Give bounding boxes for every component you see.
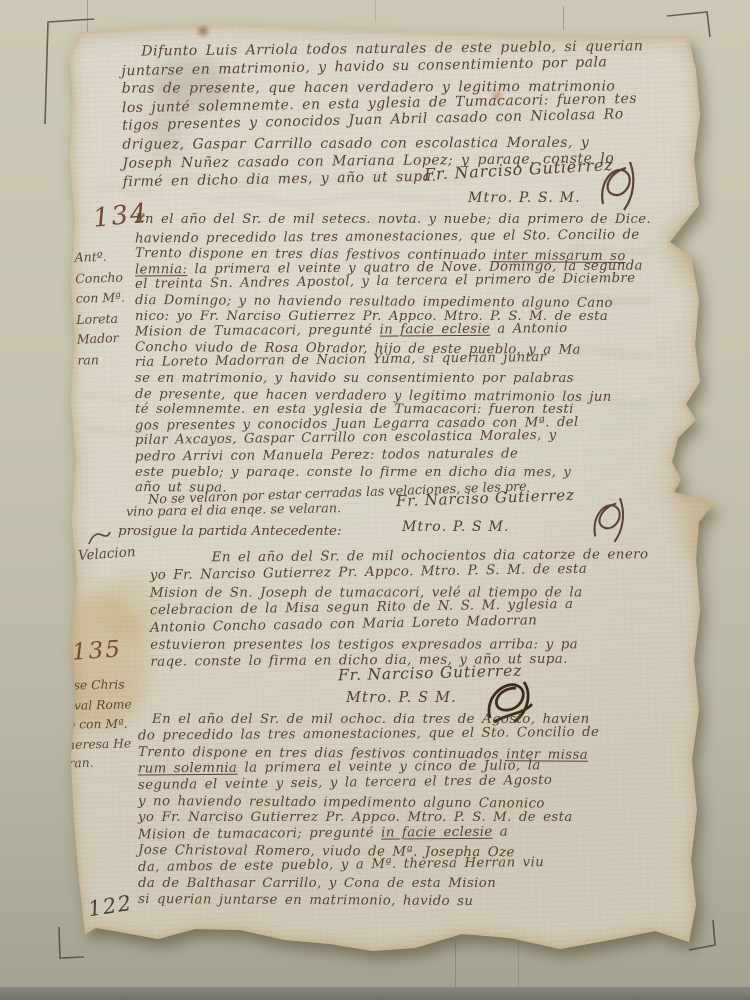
manuscript-line: Mador [76,328,126,350]
manuscript-content: Difunto Luis Arriola todos naturales de … [0,0,750,1000]
velacion-entry-text: En el año del Sr. de mil ochocientos dia… [150,546,650,671]
manuscript-line: con Mª. [76,288,126,309]
manuscript-line: si querian juntarse en matrimonio, havid… [138,892,599,911]
marginal-annotation: prosigue la partida Antecedente: [118,524,341,539]
manuscript-line: Loreta [76,308,126,330]
manuscript-line: haviendo precedido las tres amonestacion… [135,227,651,247]
manuscript-photo: Difunto Luis Arriola todos naturales de … [0,0,750,1000]
manuscript-line: se en matrimonio, y havido su consentimi… [135,371,651,387]
margin-note-velacion: Velacion [78,544,137,564]
manuscript-line: este pueblo; y paraqe. conste lo firme e… [135,465,651,481]
page-number: 122 [86,891,134,922]
margin-note-134: Antº.Conchocon Mª.LoretaMadorran [74,246,126,370]
manuscript-line: Mision de Tumacacori, pregunté in facie … [135,321,651,341]
flourish-mark-icon [86,529,112,547]
manuscript-line: y no haviendo resultado impedimento algu… [138,794,599,813]
manuscript-line: Concho [75,267,125,289]
manuscript-line: dia Domingo; y no haviendo resultado imp… [135,293,651,312]
manuscript-line: Antº. [74,246,124,268]
manuscript-line: pedro Arrivi con Manuela Perez: todos na… [135,445,651,465]
manuscript-line: driguez, Gaspar Carrillo casado con esco… [122,133,644,154]
signature-rubric-icon [588,494,630,546]
entry-number-135: 135 [71,636,123,665]
entry-134-text: En el año del Sr. de mil setecs. novta. … [135,212,651,496]
signature-title: Mtro. P. S. M. [468,190,581,206]
signature-title: Mtro. P. S M. [402,519,510,535]
manuscript-line: rran. [62,753,133,775]
manuscript-line: En el año del Sr. de mil setecs. novta. … [135,212,651,228]
manuscript-line: do precedido las tres amonestaciones, qu… [138,725,599,745]
manuscript-line: Mision de tumacacori; pregunté in facie … [138,824,599,844]
manuscript-line: de presente, que hacen verdadero y legit… [135,387,651,406]
signature-rubric-icon [595,160,641,212]
entry-135-text: En el año del Sr. de mil ochoc. dia tres… [138,712,599,909]
manuscript-line: estuvieron presentes los testigos expres… [150,636,649,654]
manuscript-line: da de Balthasar Carrillo, y Cona de esta… [138,876,599,892]
manuscript-line: ran [77,349,127,370]
signature-title: Mtro. P. S M. [346,690,457,706]
marginal-annotation: vino para el dia enqe. se velaran. [126,501,341,520]
